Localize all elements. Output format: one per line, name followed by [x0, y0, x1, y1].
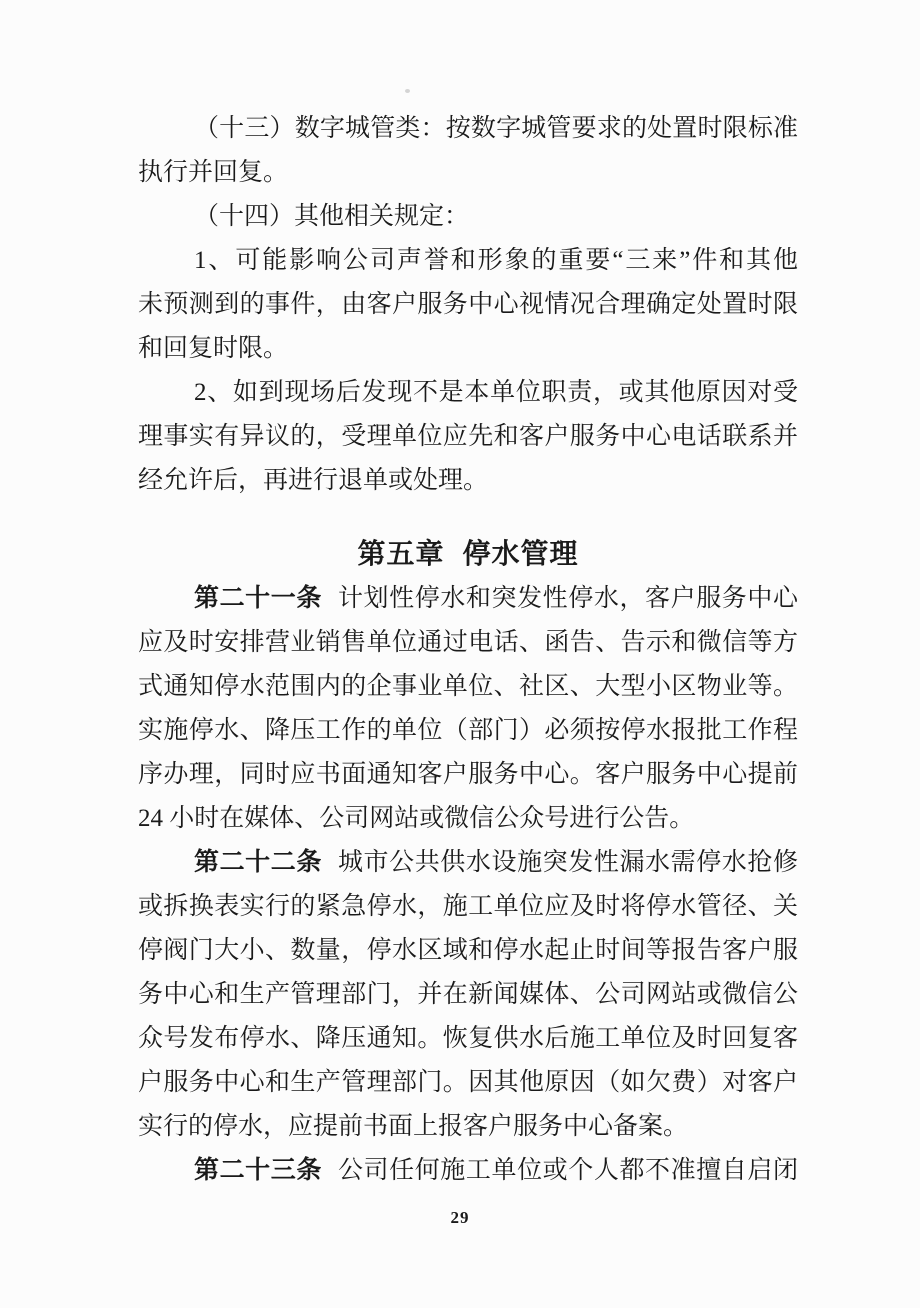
text-line: 未预测到的事件，由客户服务中心视情况合理确定处置时限 — [138, 283, 798, 327]
line-text: 序办理，同时应书面通知客户服务中心。客户服务中心提前 — [138, 761, 798, 788]
page-number: 29 — [0, 1206, 920, 1230]
chapter-heading: 第五章 停水管理 — [138, 533, 798, 577]
line-text: 或拆换表实行的紧急停水，施工单位应及时将停水管径、关 — [138, 893, 798, 920]
article-heading-line: 第二十三条公司任何施工单位或个人都不准擅自启闭 — [138, 1149, 798, 1193]
text-line: 实行的停水，应提前书面上报客户服务中心备案。 — [138, 1105, 798, 1149]
text-line: 户服务中心和生产管理部门。因其他原因（如欠费）对客户 — [138, 1061, 798, 1105]
line-text: 停阀门大小、数量，停水区域和停水起止时间等报告客户服 — [138, 937, 798, 964]
line-text: 实行的停水，应提前书面上报客户服务中心备案。 — [138, 1113, 688, 1140]
document-page: （十三）数字城管类：按数字城管要求的处置时限标准 执行并回复。 （十四）其他相关… — [0, 0, 920, 1308]
line-text: 和回复时限。 — [138, 335, 288, 362]
text-line: 式通知停水范围内的企事业单位、社区、大型小区物业等。 — [138, 665, 798, 709]
text-line: 或拆换表实行的紧急停水，施工单位应及时将停水管径、关 — [138, 885, 798, 929]
line-text: 式通知停水范围内的企事业单位、社区、大型小区物业等。 — [138, 673, 798, 700]
text-line: 序办理，同时应书面通知客户服务中心。客户服务中心提前 — [138, 753, 798, 797]
text-line: 众号发布停水、降压通知。恢复供水后施工单位及时回复客 — [138, 1017, 798, 1061]
line-text: 城市公共供水设施突发性漏水需停水抢修 — [338, 849, 798, 876]
article-number: 第二十二条 — [194, 849, 322, 876]
text-line: 执行并回复。 — [138, 151, 798, 195]
paragraph-first-line: （十三）数字城管类：按数字城管要求的处置时限标准 — [138, 107, 798, 151]
article-heading-line: 第二十一条计划性停水和突发性停水，客户服务中心 — [138, 577, 798, 621]
paragraph-first-line: （十四）其他相关规定： — [138, 195, 798, 239]
article-number: 第二十一条 — [194, 585, 322, 612]
line-text: 未预测到的事件，由客户服务中心视情况合理确定处置时限 — [138, 291, 798, 318]
paragraph-first-line: 1、可能影响公司声誉和形象的重要“三来”件和其他 — [138, 239, 798, 283]
line-text: 理事实有异议的，受理单位应先和客户服务中心电话联系并 — [138, 423, 798, 450]
line-text: 计划性停水和突发性停水，客户服务中心 — [338, 585, 798, 612]
text-line: 实施停水、降压工作的单位（部门）必须按停水报批工作程 — [138, 709, 798, 753]
line-text: 户服务中心和生产管理部门。因其他原因（如欠费）对客户 — [138, 1069, 798, 1096]
text-line: 24 小时在媒体、公司网站或微信公众号进行公告。 — [138, 797, 798, 841]
text-line: 务中心和生产管理部门，并在新闻媒体、公司网站或微信公 — [138, 973, 798, 1017]
text-line: 应及时安排营业销售单位通过电话、函告、告示和微信等方 — [138, 621, 798, 665]
line-text: 2、如到现场后发现不是本单位职责，或其他原因对受 — [194, 379, 798, 406]
scan-speck — [405, 89, 410, 93]
line-text: 执行并回复。 — [138, 159, 288, 186]
line-text: 1、可能影响公司声誉和形象的重要“三来”件和其他 — [194, 247, 798, 274]
line-text: 经允许后，再进行退单或处理。 — [138, 467, 488, 494]
line-text: 公司任何施工单位或个人都不准擅自启闭 — [338, 1157, 798, 1184]
line-text: （十四）其他相关规定： — [194, 203, 469, 230]
article-number: 第二十三条 — [194, 1157, 322, 1184]
paragraph-first-line: 2、如到现场后发现不是本单位职责，或其他原因对受 — [138, 371, 798, 415]
line-text: 实施停水、降压工作的单位（部门）必须按停水报批工作程 — [138, 717, 798, 744]
text-line: 经允许后，再进行退单或处理。 — [138, 459, 798, 503]
line-text: 众号发布停水、降压通知。恢复供水后施工单位及时回复客 — [138, 1025, 798, 1052]
line-text: 24 小时在媒体、公司网站或微信公众号进行公告。 — [138, 805, 694, 832]
text-line: 和回复时限。 — [138, 327, 798, 371]
article-heading-line: 第二十二条城市公共供水设施突发性漏水需停水抢修 — [138, 841, 798, 885]
line-text: 应及时安排营业销售单位通过电话、函告、告示和微信等方 — [138, 629, 798, 656]
line-text: （十三）数字城管类：按数字城管要求的处置时限标准 — [194, 115, 798, 142]
text-line: 理事实有异议的，受理单位应先和客户服务中心电话联系并 — [138, 415, 798, 459]
text-line: 停阀门大小、数量，停水区域和停水起止时间等报告客户服 — [138, 929, 798, 973]
line-text: 务中心和生产管理部门，并在新闻媒体、公司网站或微信公 — [138, 981, 798, 1008]
